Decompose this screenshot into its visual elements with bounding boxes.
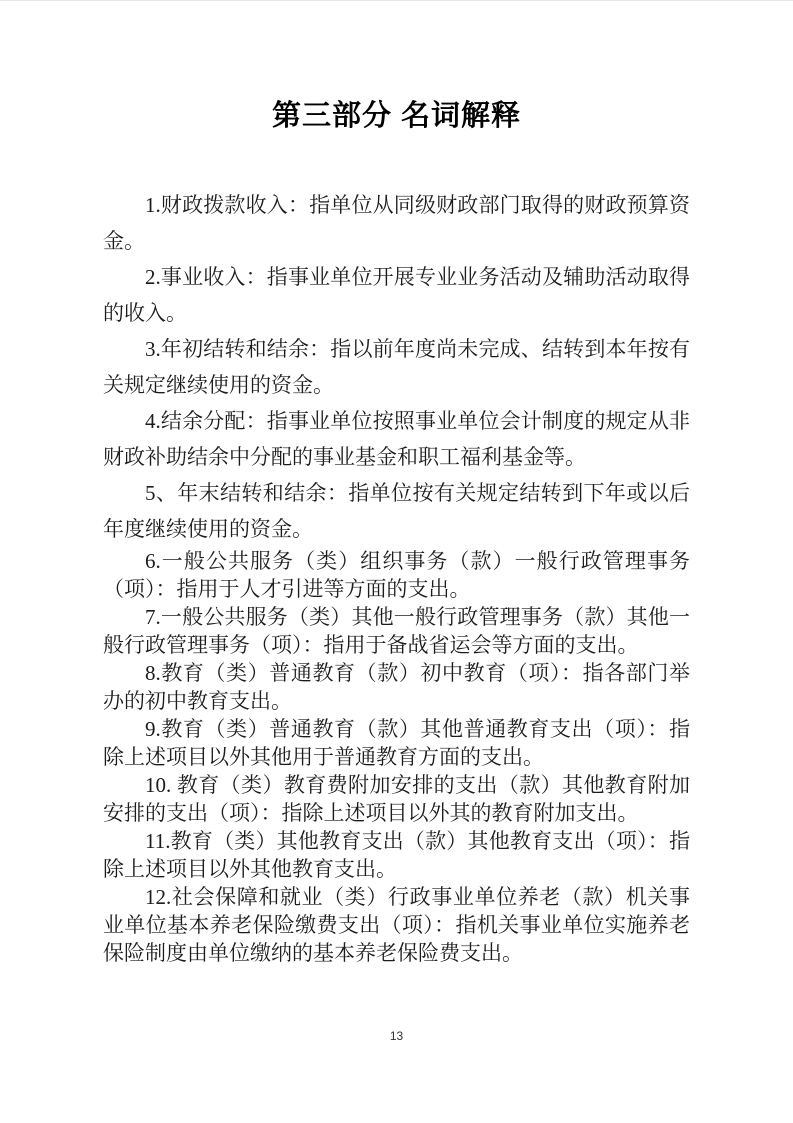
definition-paragraph-6: 6.一般公共服务（类）组织事务（款）一般行政管理事务（项）：指用于人才引进等方面…: [103, 547, 690, 603]
definition-paragraph-3: 3.年初结转和结余：指以前年度尚未完成、结转到本年按有关规定继续使用的资金。: [103, 331, 690, 403]
definition-paragraph-2: 2.事业收入：指事业单位开展专业业务活动及辅助活动取得的收入。: [103, 259, 690, 331]
definition-paragraph-4: 4.结余分配：指事业单位按照事业单位会计制度的规定从非财政补助结余中分配的事业基…: [103, 403, 690, 475]
page-number: 13: [0, 1029, 793, 1043]
text-column: 第三部分 名词解释 1.财政拨款收入：指单位从同级财政部门取得的财政预算资金。 …: [103, 1, 690, 967]
page-title: 第三部分 名词解释: [103, 99, 690, 134]
definition-paragraph-7: 7.一般公共服务（类）其他一般行政管理事务（款）其他一般行政管理事务（项）：指用…: [103, 603, 690, 659]
definition-paragraph-9: 9.教育（类）普通教育（款）其他普通教育支出（项）：指除上述项目以外其他用于普通…: [103, 715, 690, 771]
definitions-body: 1.财政拨款收入：指单位从同级财政部门取得的财政预算资金。 2.事业收入：指事业…: [103, 187, 690, 967]
definition-paragraph-10: 10. 教育（类）教育费附加安排的支出（款）其他教育附加安排的支出（项）：指除上…: [103, 771, 690, 827]
document-page: { "page": { "title": "第三部分 名词解释", "page_…: [0, 0, 793, 1123]
definition-paragraph-12: 12.社会保障和就业（类）行政事业单位养老（款）机关事业单位基本养老保险缴费支出…: [103, 883, 690, 967]
definition-paragraph-1: 1.财政拨款收入：指单位从同级财政部门取得的财政预算资金。: [103, 187, 690, 259]
definition-paragraph-5: 5、年末结转和结余：指单位按有关规定结转到下年或以后年度继续使用的资金。: [103, 475, 690, 547]
definition-paragraph-11: 11.教育（类）其他教育支出（款）其他教育支出（项）：指除上述项目以外其他教育支…: [103, 827, 690, 883]
definition-paragraph-8: 8.教育（类）普通教育（款）初中教育（项）：指各部门举办的初中教育支出。: [103, 659, 690, 715]
